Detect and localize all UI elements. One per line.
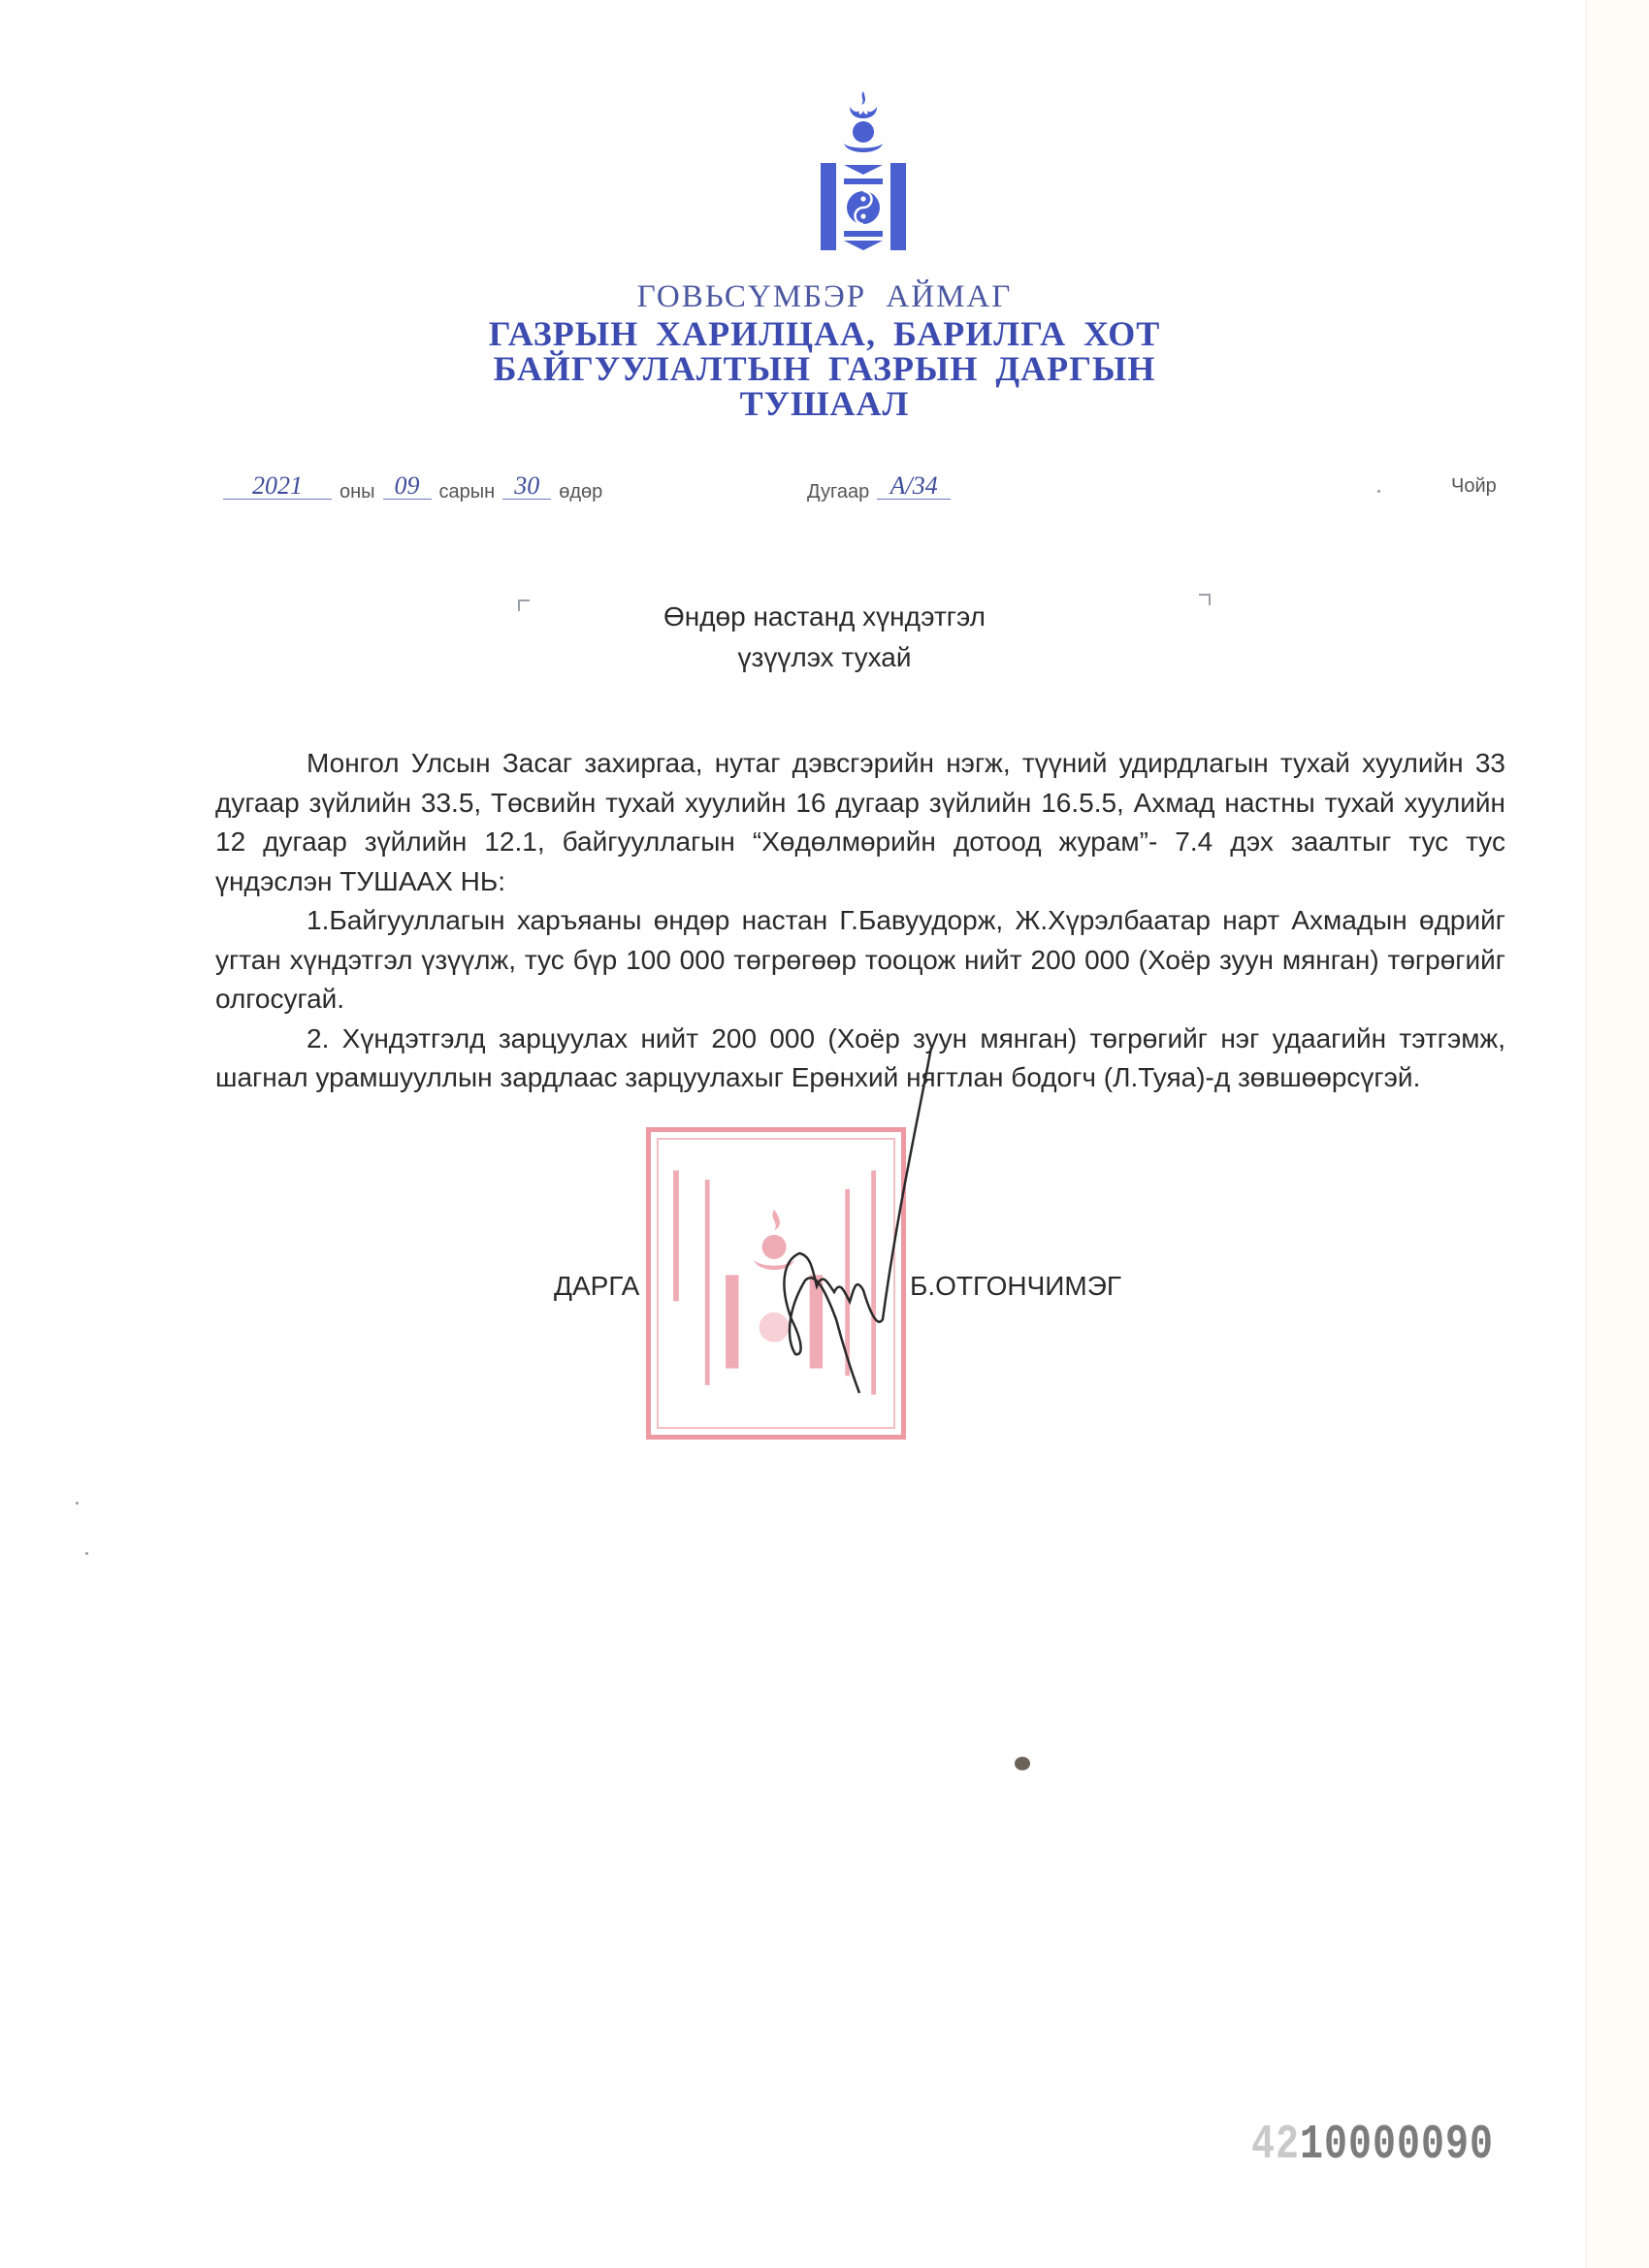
year-label: оны: [339, 481, 375, 502]
organization-heading: ГАЗРЫН ХАРИЛЦАА, БАРИЛГА ХОТ БАЙГУУЛАЛТЫ…: [0, 316, 1649, 421]
day-label: өдөр: [559, 481, 602, 502]
document-type: ТУШААЛ: [0, 386, 1649, 421]
document-number-field: ДугаарА/34: [807, 477, 951, 503]
handwritten-signature: [698, 1048, 951, 1397]
title-line: Өндөр настанд хүндэтгэл: [0, 597, 1649, 637]
preamble-paragraph: Монгол Улсын Засаг захиргаа, нутаг дэвсг…: [215, 744, 1505, 901]
place-name: Чойр: [1451, 475, 1497, 498]
month-label: сарын: [439, 481, 496, 502]
scan-dot: [85, 1552, 88, 1555]
serial-number: 4210000090: [1251, 2119, 1494, 2173]
number-label: Дугаар: [807, 481, 869, 502]
soyombo-emblem-icon: [817, 89, 910, 254]
year-value: 2021: [223, 473, 332, 500]
signatory-title: ДАРГА: [554, 1271, 639, 1302]
serial-prefix: 42: [1251, 2119, 1300, 2173]
scan-dot: [1377, 490, 1380, 493]
month-value: 09: [383, 473, 432, 500]
ink-speck: [1015, 1757, 1030, 1770]
document-number: А/34: [877, 473, 951, 500]
serial-digits: 10000090: [1300, 2119, 1494, 2173]
document-body: Монгол Улсын Засаг захиргаа, нутаг дэвсг…: [215, 744, 1505, 1098]
signatory-name: Б.ОТГОНЧИМЭГ: [910, 1271, 1121, 1302]
organization-line: БАЙГУУЛАЛТЫН ГАЗРЫН ДАРГЫН: [0, 351, 1649, 386]
scan-dot: [76, 1502, 79, 1505]
title-line: үзүүлэх тухай: [0, 637, 1649, 678]
aimag-name: ГОВЬСҮМБЭР АЙМАГ: [0, 279, 1649, 315]
order-item: 1.Байгууллагын харъяаны өндөр настан Г.Б…: [215, 901, 1505, 1020]
date-field: 2021оны09сарын30өдөр: [223, 477, 610, 503]
document-title: Өндөр настанд хүндэтгэл үзүүлэх тухай: [0, 597, 1649, 678]
day-value: 30: [502, 473, 551, 500]
organization-line: ГАЗРЫН ХАРИЛЦАА, БАРИЛГА ХОТ: [0, 316, 1649, 351]
